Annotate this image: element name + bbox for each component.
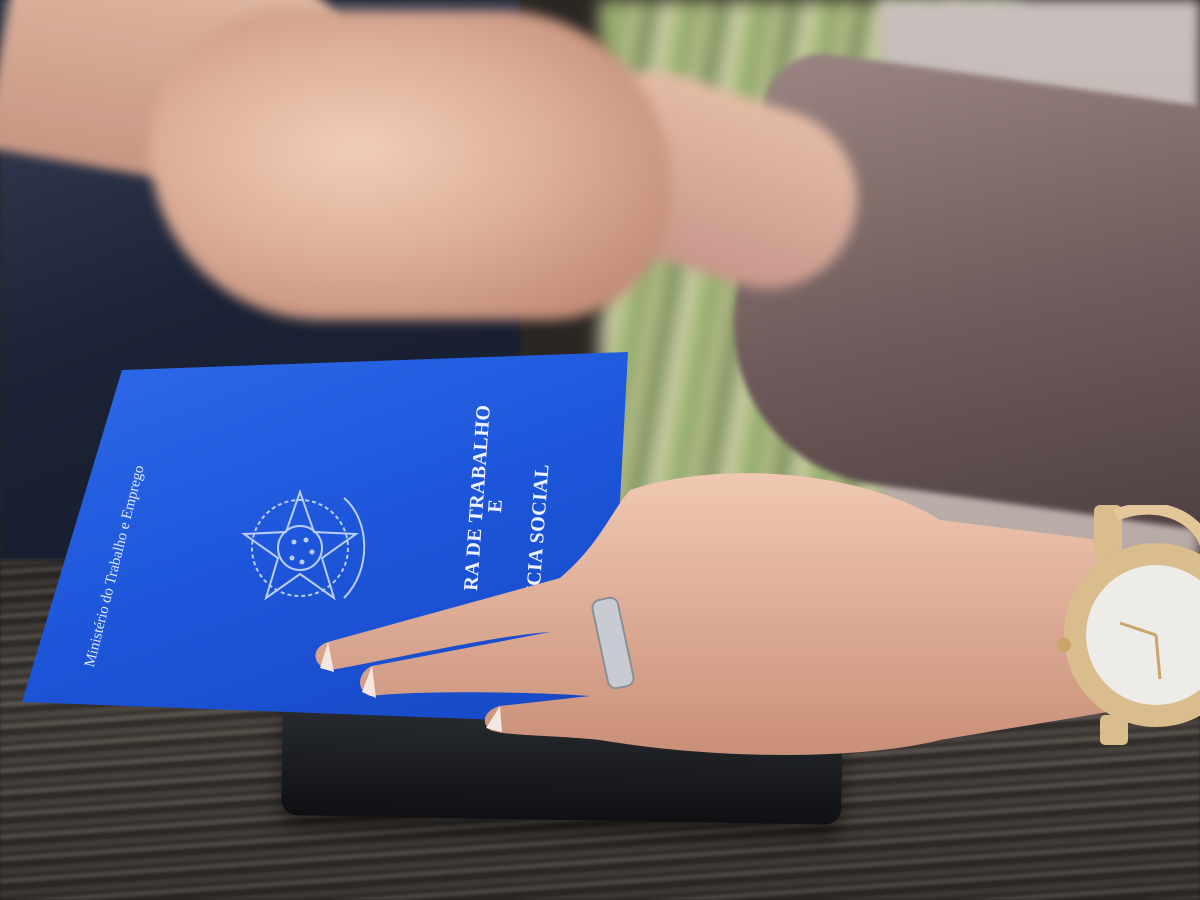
wristwatch-icon xyxy=(1056,505,1200,745)
hand-with-ring xyxy=(300,460,1120,760)
photo-scene: Ministério do Trabalho e Emprego RA DE T… xyxy=(0,0,1200,900)
handshake xyxy=(150,10,670,320)
